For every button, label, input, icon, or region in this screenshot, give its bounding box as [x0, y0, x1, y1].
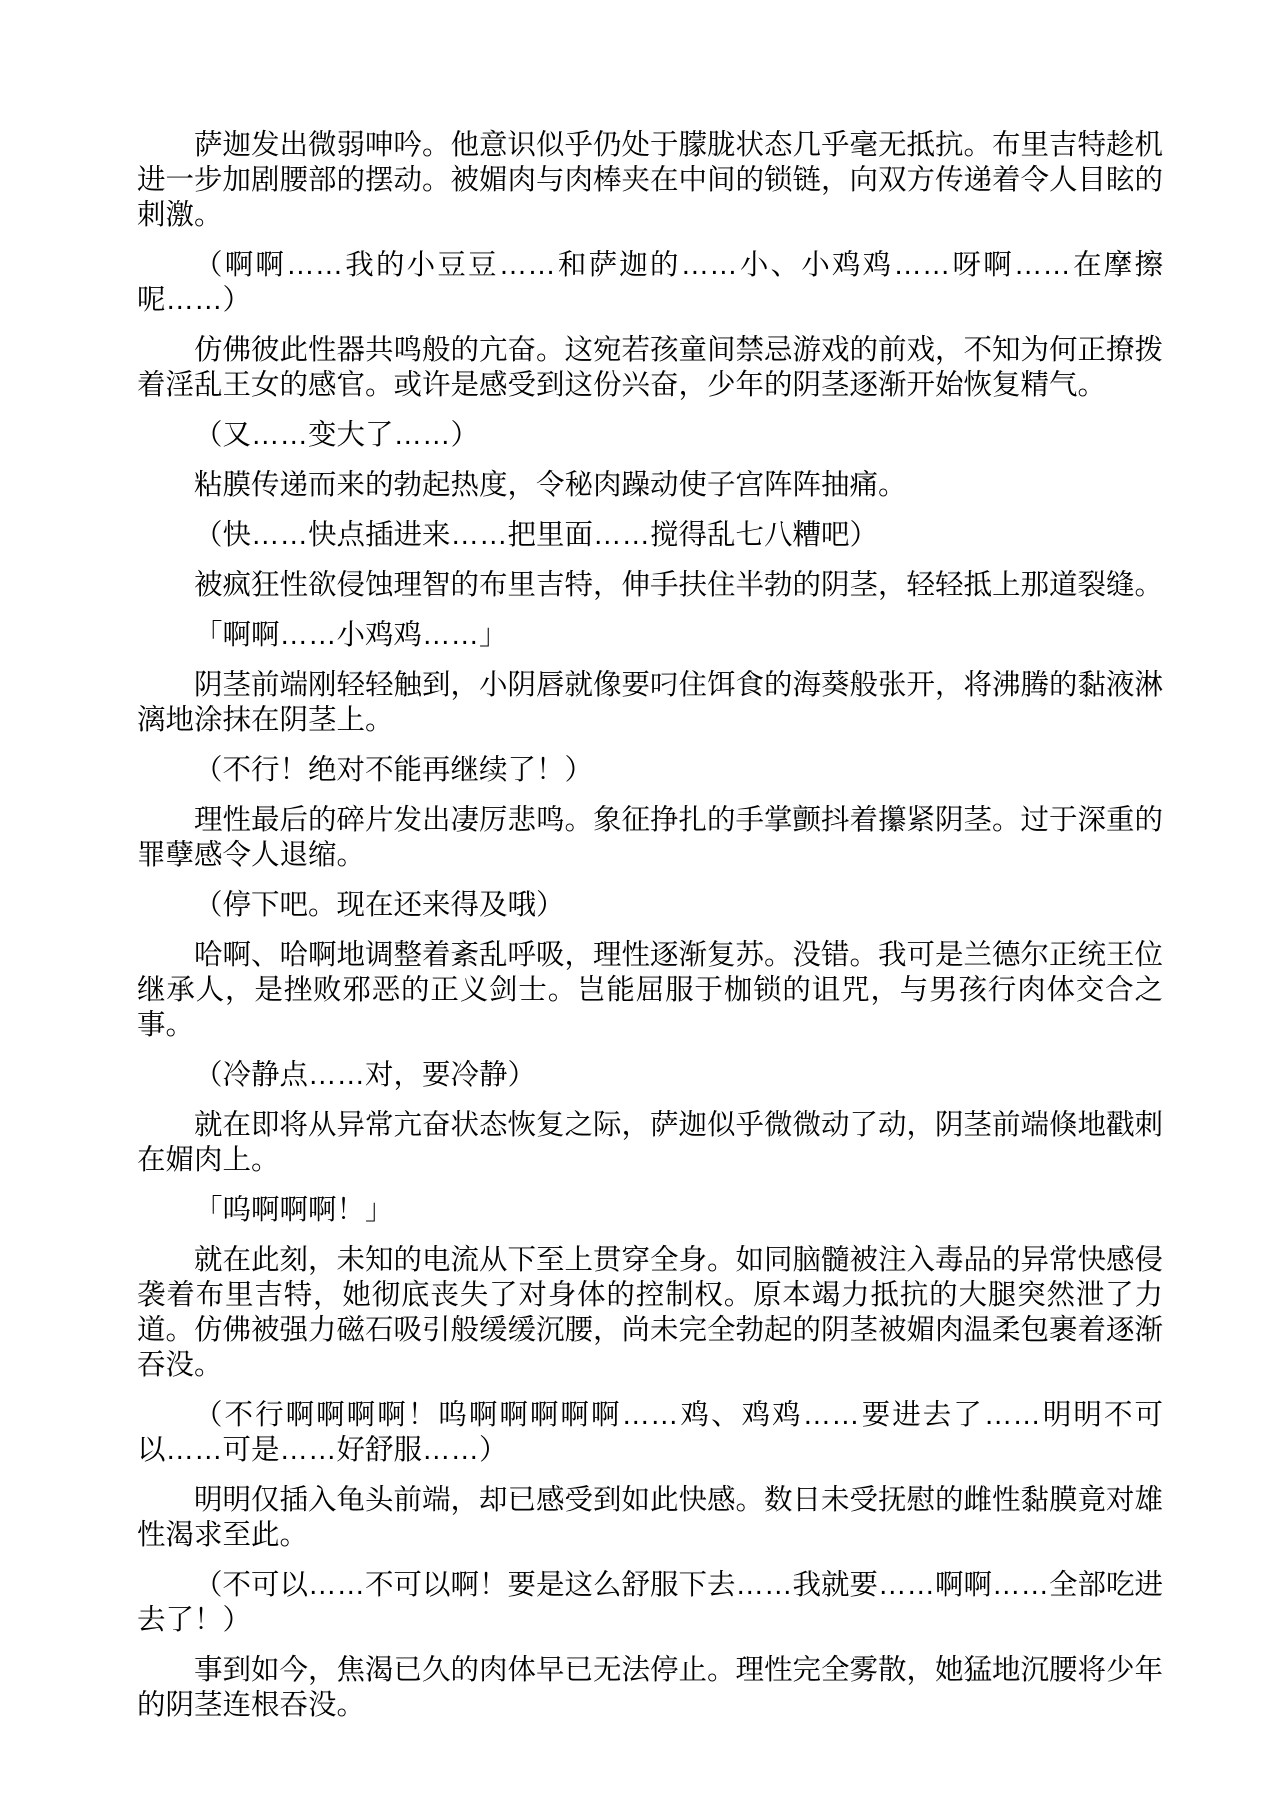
- paragraph-narration: 就在此刻，未知的电流从下至上贯穿全身。如同脑髓被注入毒品的异常快感侵袭着布里吉特…: [137, 1243, 1163, 1383]
- paragraph-narration: 仿佛彼此性器共鸣般的亢奋。这宛若孩童间禁忌游戏的前戏，不知为何正撩拨着淫乱王女的…: [137, 333, 1163, 403]
- paragraph-narration: 被疯狂性欲侵蚀理智的布里吉特，伸手扶住半勃的阴茎，轻轻抵上那道裂缝。: [137, 568, 1163, 603]
- paragraph-thought: （不行！绝对不能再继续了！）: [137, 753, 1163, 788]
- paragraph-thought: （又……变大了……）: [137, 418, 1163, 453]
- paragraph-thought: （不可以……不可以啊！要是这么舒服下去……我就要……啊啊……全部吃进去了！）: [137, 1568, 1163, 1638]
- paragraph-speech: 「啊啊……小鸡鸡……」: [137, 618, 1163, 653]
- paragraph-narration: 就在即将从异常亢奋状态恢复之际，萨迦似乎微微动了动，阴茎前端倏地戳刺在媚肉上。: [137, 1108, 1163, 1178]
- document-body: 萨迦发出微弱呻吟。他意识似乎仍处于朦胧状态几乎毫无抵抗。布里吉特趁机进一步加剧腰…: [137, 128, 1163, 1723]
- paragraph-thought: （冷静点……对，要冷静）: [137, 1058, 1163, 1093]
- paragraph-thought: （不行啊啊啊啊！呜啊啊啊啊啊……鸡、鸡鸡……要进去了……明明不可以……可是……好…: [137, 1398, 1163, 1468]
- paragraph-speech: 「呜啊啊啊！」: [137, 1193, 1163, 1228]
- paragraph-narration: 阴茎前端刚轻轻触到，小阴唇就像要叼住饵食的海葵般张开，将沸腾的黏液淋漓地涂抹在阴…: [137, 668, 1163, 738]
- paragraph-thought: （停下吧。现在还来得及哦）: [137, 888, 1163, 923]
- document-page: 萨迦发出微弱呻吟。他意识似乎仍处于朦胧状态几乎毫无抵抗。布里吉特趁机进一步加剧腰…: [0, 0, 1280, 1808]
- paragraph-narration: 明明仅插入龟头前端，却已感受到如此快感。数日未受抚慰的雌性黏膜竟对雄性渴求至此。: [137, 1483, 1163, 1553]
- paragraph-narration: 事到如今，焦渴已久的肉体早已无法停止。理性完全雾散，她猛地沉腰将少年的阴茎连根吞…: [137, 1653, 1163, 1723]
- paragraph-narration: 理性最后的碎片发出凄厉悲鸣。象征挣扎的手掌颤抖着攥紧阴茎。过于深重的罪孽感令人退…: [137, 803, 1163, 873]
- paragraph-narration: 萨迦发出微弱呻吟。他意识似乎仍处于朦胧状态几乎毫无抵抗。布里吉特趁机进一步加剧腰…: [137, 128, 1163, 233]
- paragraph-narration: 粘膜传递而来的勃起热度，令秘肉躁动使子宫阵阵抽痛。: [137, 468, 1163, 503]
- paragraph-thought: （啊啊……我的小豆豆……和萨迦的……小、小鸡鸡……呀啊……在摩擦呢……）: [137, 248, 1163, 318]
- paragraph-narration: 哈啊、哈啊地调整着紊乱呼吸，理性逐渐复苏。没错。我可是兰德尔正统王位继承人，是挫…: [137, 938, 1163, 1043]
- paragraph-thought: （快……快点插进来……把里面……搅得乱七八糟吧）: [137, 518, 1163, 553]
